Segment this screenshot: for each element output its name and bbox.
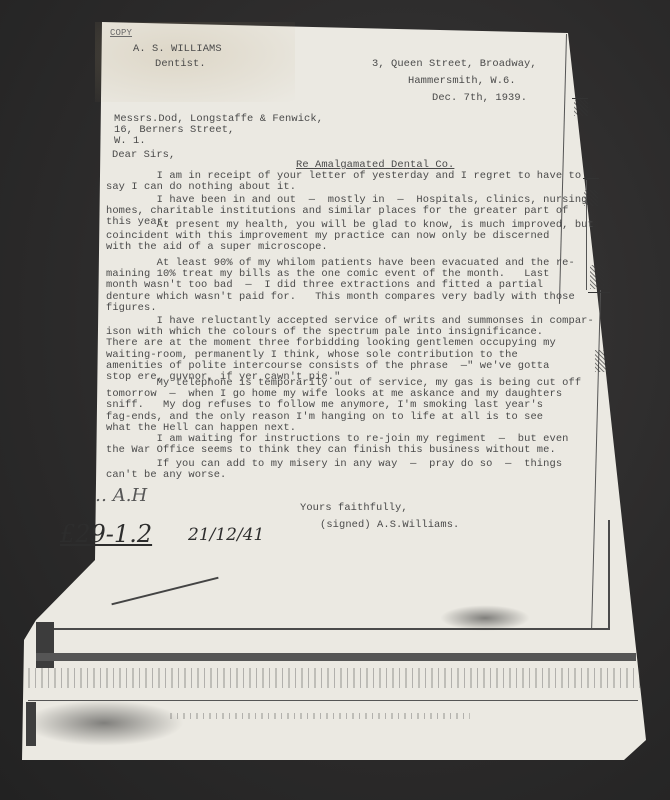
paragraph: If you can add to my misery in any way —… [106,459,562,481]
paragraph: My telephone is temporarily out of servi… [106,378,581,434]
paragraph: I am waiting for instructions to re-join… [106,434,568,456]
edge-mark [583,178,599,179]
paragraph: I have reluctantly accepted service of w… [106,316,594,383]
recipient-line2: 16, Berners Street, [114,124,234,136]
left-smear [26,702,36,746]
handwritten-amount: £29-1.2 [60,520,152,548]
letter-date: Dec. 7th, 1939. [432,93,527,104]
paragraph: At least 90% of my whilom patients have … [106,258,575,314]
amount-value: £29-1.2 [60,520,152,548]
ink-smudge [36,622,54,668]
speckle-strip [28,668,640,688]
recipient-line1: Messrs.Dod, Longstaffe & Fenwick, [114,113,323,125]
handwritten-initials: ‥ A.H [95,485,147,506]
recipient-line3: W. 1. [114,135,146,147]
ink-smudge [24,700,184,746]
paragraph: I am in receipt of your letter of yester… [106,171,581,193]
speckle-strip [170,713,470,719]
edge-scribble [590,265,604,289]
sender-address-line1: 3, Queen Street, Broadway, [372,59,537,70]
signature: (signed) A.S.Williams. [320,520,459,531]
edge-mark [588,292,610,293]
sender-address-line2: Hammersmith, W.6. [408,76,516,87]
dark-band [36,653,636,661]
letterhead-profession: Dentist. [155,59,206,70]
edge-scribble [574,100,588,116]
copy-stamp: COPY [110,28,132,39]
edge-scribble [595,350,609,372]
ink-smudge [440,605,530,631]
frame-line [608,520,610,630]
closing: Yours faithfully, [300,503,408,514]
letterhead-name: A. S. WILLIAMS [133,44,222,55]
recipient-address: Messrs.Dod, Longstaffe & Fenwick, 16, Be… [114,114,323,148]
document-photo: COPY A. S. WILLIAMS Dentist. 3, Queen St… [0,0,670,800]
salutation: Dear Sirs, [112,150,175,161]
edge-mark [572,98,588,99]
paragraph: At present my health, you will be glad t… [106,220,594,254]
handwritten-date: 21/12/41 [188,525,264,545]
